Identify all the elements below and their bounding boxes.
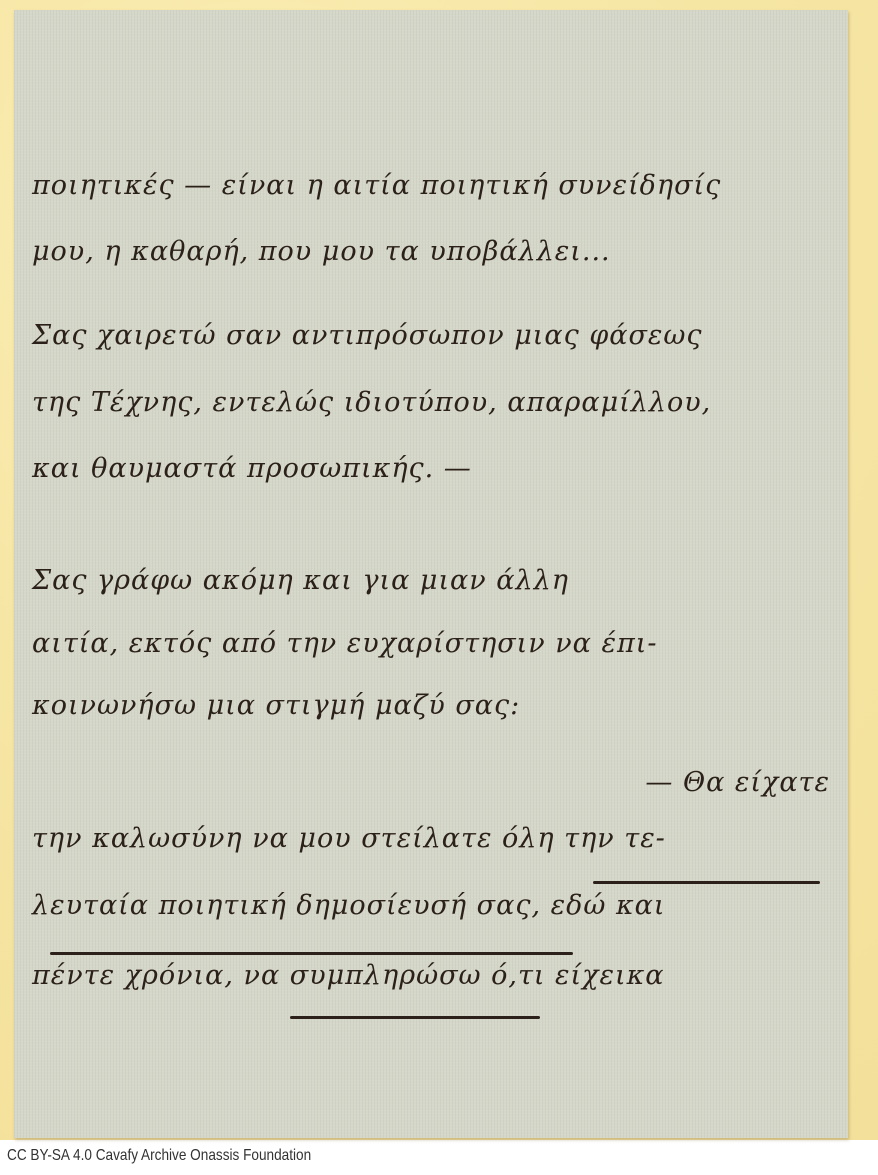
handwritten-line-11: λευταία ποιητική δημοσίευσή σας, εδώ και [32, 890, 666, 921]
handwritten-line-6: Σας γράφω ακόμη και για μιαν άλλη [32, 565, 569, 596]
license-credit: CC BY-SA 4.0 Cavafy Archive Onassis Foun… [7, 1147, 311, 1165]
underline-stroke [290, 1016, 540, 1019]
handwritten-line-3: Σας χαιρετώ σαν αντιπρόσωπον μιας φάσεως [32, 320, 703, 351]
handwritten-line-8: κοινωνήσω μια στιγμή μαζύ σας: [32, 690, 520, 721]
handwritten-line-2: μου, η καθαρή, που μου τα υποβάλλει... [32, 236, 611, 267]
underline-stroke [593, 881, 820, 884]
handwritten-line-4: της Τέχνης, εντελώς ιδιοτύπου, απαραμίλλ… [32, 387, 711, 418]
handwritten-line-7: αιτία, εκτός από την ευχαρίστησιν να έπι… [32, 628, 657, 659]
handwritten-line-12: πέντε χρόνια, να συμπληρώσω ό,τι είχεικα [32, 960, 665, 991]
handwritten-line-9: — Θα είχατε [645, 767, 830, 798]
handwritten-line-10: την καλωσύνη να μου στείλατε όλη την τε- [32, 823, 666, 854]
underline-stroke [50, 952, 573, 955]
handwritten-line-5: και θαυμαστά προσωπικής. — [32, 453, 472, 484]
handwritten-line-1: ποιητικές — είναι η αιτία ποιητική συνεί… [32, 170, 721, 201]
